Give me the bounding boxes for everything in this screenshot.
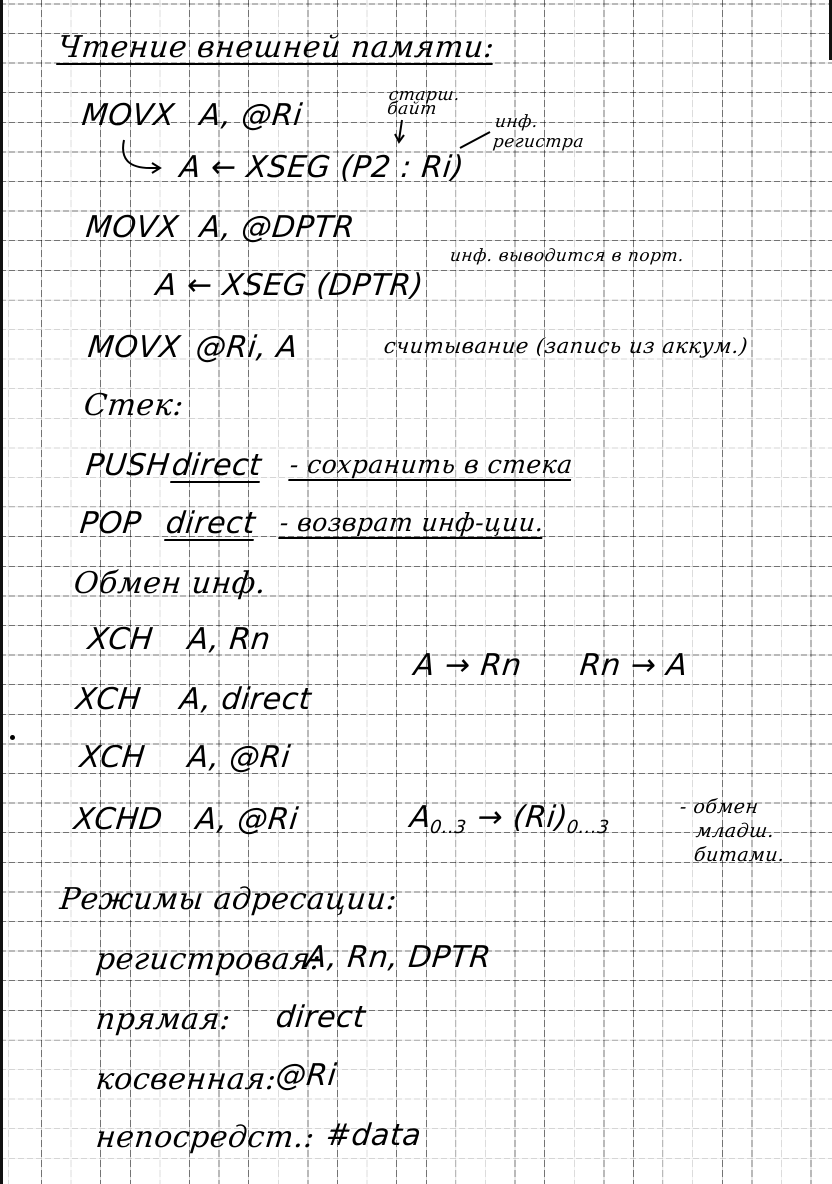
mode-immediate-label: непосредст.: [94,1120,316,1155]
instr-movx-3: MOVX [86,330,182,365]
mode-register-value: A, Rn, DPTR [304,940,493,975]
operands-movx-2: A, @DPTR [198,210,356,245]
instr-xchd: XCHD [72,802,164,837]
operands-xch-3: A, @Ri [186,740,292,775]
xchd-lhs-sub: 0..3 [429,817,468,838]
movx-3-note: считывание (запись из аккум.) [383,334,749,358]
movx-2-effect: A ← XSEG (DPTR) [154,268,425,303]
exchange-heading: Обмен инф. [72,566,268,601]
xch-diagram-left: A → Rn [412,648,523,683]
push-operand: direct [170,448,263,483]
xchd-note-2: младш. [695,820,776,842]
instr-xch-3: XCH [78,740,147,775]
mode-direct-value: direct [274,1000,367,1035]
push-desc: - сохранить в стека [288,450,574,479]
instr-xch-2: XCH [74,682,143,717]
xchd-rhs-sub: 0...3 [566,817,611,838]
instr-pop: POP [78,506,143,541]
mode-indirect-value: @Ri [274,1058,338,1093]
movx-1-effect: A ← XSEG (P2 : Ri) [178,150,466,185]
mode-direct-label: прямая: [94,1002,232,1037]
operands-xch-1: A, Rn [186,622,272,657]
pop-desc: - возврат инф-ции. [278,508,545,537]
instr-push: PUSH [84,448,171,483]
xchd-diagram: A0..3 → (Ri)0...3 [408,800,612,838]
movx-2-note: инф. выводится в порт. [449,246,685,266]
operands-movx-3: @Ri, A [194,330,299,365]
xchd-rhs: (Ri) [511,800,569,835]
operands-xch-2: A, direct [178,682,313,717]
margin-dot [10,735,15,740]
mode-immediate-value: #data [324,1118,423,1153]
operands-xchd: A, @Ri [194,802,300,837]
pop-operand: direct [164,506,257,541]
xchd-note-3: битами. [693,844,786,866]
stack-heading: Стек: [82,388,185,423]
instr-xch-1: XCH [86,622,155,657]
xch-diagram-right: Rn → A [578,648,689,683]
mode-register-label: регистровая: [94,942,323,977]
instr-movx-2: MOVX [84,210,180,245]
xchd-arrow: → [476,800,505,835]
mode-indirect-label: косвенная: [94,1062,278,1097]
addressing-heading: Режимы адресации: [58,882,399,917]
xchd-note-1: - обмен [679,796,760,818]
